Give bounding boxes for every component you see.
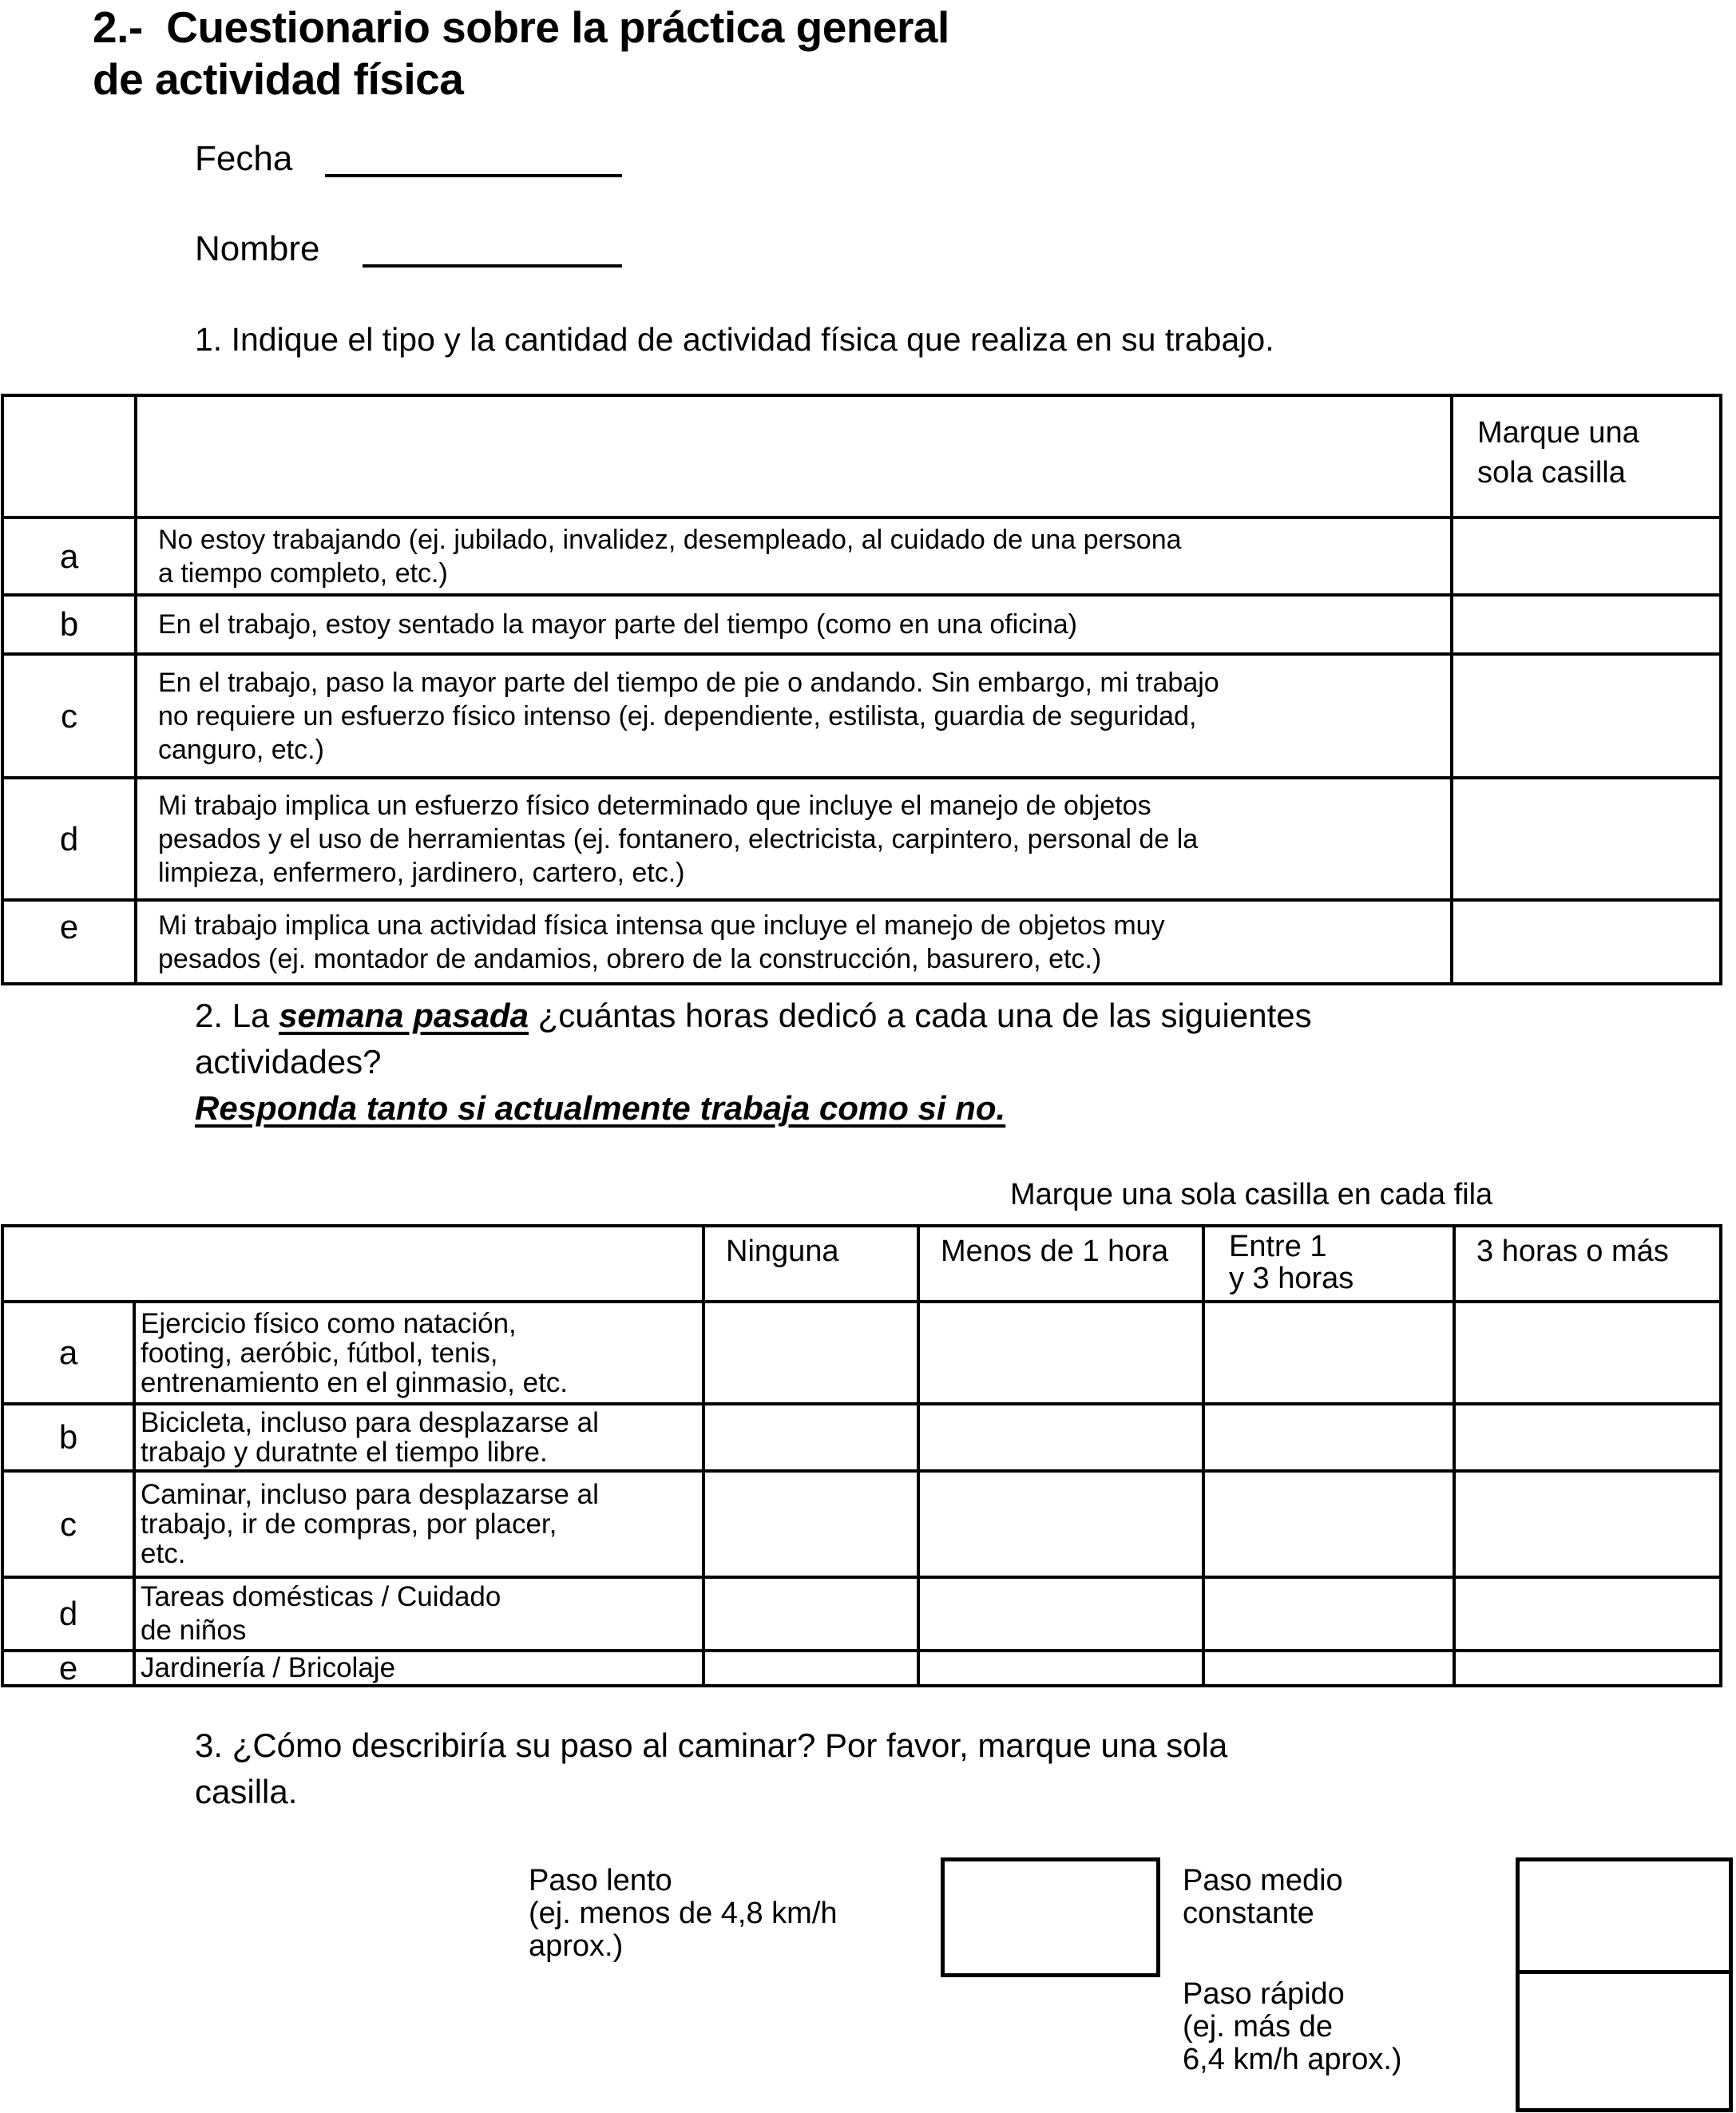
q2-b-3-o-mas[interactable] [1454,1404,1721,1471]
col-menos-1-hora: Menos de 1 hora [918,1226,1203,1302]
col-entre-1-y-3: Entre 1y 3 horas [1203,1226,1454,1302]
nombre-label: Nombre [195,229,320,269]
q2-row-d: d Tareas domésticas / Cuidadode niños [2,1577,1721,1651]
option-medium-checkbox[interactable] [1516,1857,1733,1974]
q2-e-entre-1-3[interactable] [1203,1651,1454,1686]
option-description: Mi trabajo implica una actividad física … [136,900,1452,984]
q2-row-c: c Caminar, incluso para desplazarse altr… [2,1471,1721,1577]
q3-question: 3. ¿Cómo describiría su paso al caminar?… [195,1723,1227,1815]
q2-row-e: e Jardinería / Bricolaje [2,1651,1721,1686]
q1-row-e: e Mi trabajo implica una actividad físic… [2,900,1721,984]
row-letter: b [2,595,136,654]
nombre-field[interactable] [363,264,622,268]
row-letter: a [2,517,136,595]
q2-a-3-o-mas[interactable] [1454,1302,1721,1404]
q2-b-ninguna[interactable] [704,1404,918,1471]
fecha-field[interactable] [325,174,622,177]
title-line-2: de actividad física [93,54,949,105]
row-letter: a [2,1302,134,1404]
q1-checkbox-d[interactable] [1452,778,1721,900]
q2-table-note: Marque una sola casilla en cada fila [1010,1177,1492,1212]
q1-mark-header: Marque una sola casilla [1452,395,1721,517]
q2-e-ninguna[interactable] [704,1651,918,1686]
q1-header-letter-cell [2,395,136,517]
title-line-1: 2.- Cuestionario sobre la práctica gener… [93,2,949,54]
option-slow-label: Paso lento(ej. menos de 4,8 km/haprox.) [529,1865,838,1963]
q2-c-ninguna[interactable] [704,1471,918,1577]
q2-d-ninguna[interactable] [704,1577,918,1651]
activity-label: Ejercicio físico como natación,footing, … [134,1302,704,1404]
row-letter: d [2,1577,134,1651]
row-letter: e [2,900,136,984]
q2-e-menos-1[interactable] [918,1651,1203,1686]
q1-table: Marque una sola casilla a No estoy traba… [1,394,1722,985]
col-3-horas-o-mas: 3 horas o más [1454,1226,1721,1302]
activity-label: Jardinería / Bricolaje [134,1651,704,1686]
q1-checkbox-b[interactable] [1452,595,1721,654]
q2-c-3-o-mas[interactable] [1454,1471,1721,1577]
q2-d-entre-1-3[interactable] [1203,1577,1454,1651]
row-letter: e [2,1651,134,1686]
q2-d-menos-1[interactable] [918,1577,1203,1651]
q2-d-3-o-mas[interactable] [1454,1577,1721,1651]
page-title: 2.- Cuestionario sobre la práctica gener… [93,2,949,105]
q2-question: 2. La semana pasada ¿cuántas horas dedic… [195,993,1312,1132]
q2-header-row: Ninguna Menos de 1 hora Entre 1y 3 horas… [2,1226,1721,1302]
row-letter: c [2,654,136,778]
q2-instruction: Responda tanto si actualmente trabaja co… [195,1085,1312,1132]
q1-checkbox-e[interactable] [1452,900,1721,984]
q1-header-desc-cell [136,395,1452,517]
row-letter: b [2,1404,134,1471]
option-description: No estoy trabajando (ej. jubilado, inval… [136,517,1452,595]
option-slow-checkbox[interactable] [941,1857,1160,1977]
q1-question: 1. Indique el tipo y la cantidad de acti… [195,316,1274,363]
option-description: En el trabajo, paso la mayor parte del t… [136,654,1452,778]
row-letter: d [2,778,136,900]
q1-checkbox-c[interactable] [1452,654,1721,778]
fecha-label: Fecha [195,139,292,179]
q2-table: Ninguna Menos de 1 hora Entre 1y 3 horas… [1,1224,1722,1687]
q2-a-menos-1[interactable] [918,1302,1203,1404]
option-description: En el trabajo, estoy sentado la mayor pa… [136,595,1452,654]
option-fast-checkbox[interactable] [1516,1970,1733,2112]
activity-label: Bicicleta, incluso para desplazarse altr… [134,1404,704,1471]
q1-row-a: a No estoy trabajando (ej. jubilado, inv… [2,517,1721,595]
q1-row-b: b En el trabajo, estoy sentado la mayor … [2,595,1721,654]
activity-label: Tareas domésticas / Cuidadode niños [134,1577,704,1651]
option-description: Mi trabajo implica un esfuerzo físico de… [136,778,1452,900]
option-fast-label: Paso rápido(ej. más de6,4 km/h aprox.) [1183,1978,1402,2076]
q1-row-d: d Mi trabajo implica un esfuerzo físico … [2,778,1721,900]
q1-checkbox-a[interactable] [1452,517,1721,595]
q1-row-c: c En el trabajo, paso la mayor parte del… [2,654,1721,778]
q2-c-entre-1-3[interactable] [1203,1471,1454,1577]
q2-a-entre-1-3[interactable] [1203,1302,1454,1404]
q2-b-entre-1-3[interactable] [1203,1404,1454,1471]
q2-a-ninguna[interactable] [704,1302,918,1404]
q2-b-menos-1[interactable] [918,1404,1203,1471]
q2-row-b: b Bicicleta, incluso para desplazarse al… [2,1404,1721,1471]
q2-c-menos-1[interactable] [918,1471,1203,1577]
activity-label: Caminar, incluso para desplazarse altrab… [134,1471,704,1577]
q2-header-blank [2,1226,704,1302]
row-letter: c [2,1471,134,1577]
col-ninguna: Ninguna [704,1226,918,1302]
q1-header-row: Marque una sola casilla [2,395,1721,517]
option-medium-label: Paso medioconstante [1183,1865,1343,1930]
q2-row-a: a Ejercicio físico como natación,footing… [2,1302,1721,1404]
emphasis-last-week: semana pasada [279,997,529,1034]
q2-e-3-o-mas[interactable] [1454,1651,1721,1686]
